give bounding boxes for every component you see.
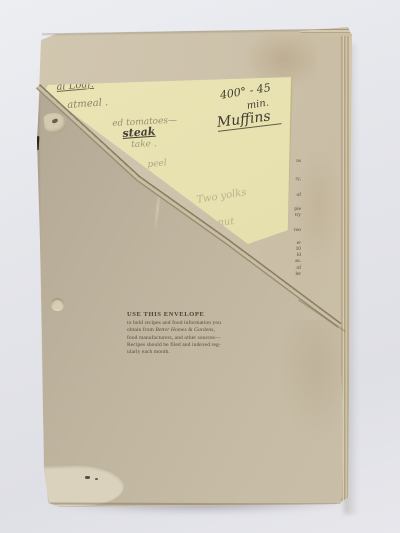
text-fragment: ry, [296,176,302,182]
body-line-4: Recipes should be filed and indexed reg- [127,342,221,348]
tear-speck [85,476,90,479]
envelope-printed-text: USE THIS ENVELOPE to hold recipes and fo… [127,311,257,356]
binding-mark [32,228,39,260]
body-line-3: food manufacturers, and other sources— [127,335,220,341]
punch-hole [51,298,64,311]
envelope-left-edge-shading [37,95,41,495]
handwriting-muffins: Muffins [216,107,282,132]
text-fragment: ler [295,271,301,277]
text-fragment: of [297,192,302,198]
photograph: ns ry, of pie try too er 10 ld as. of le… [0,0,400,533]
envelope-stain [278,320,342,440]
binding-mark [33,186,38,199]
binding-mark [34,136,40,150]
envelope-body-text: to hold recipes and food information you… [127,320,257,356]
text-fragment: too [294,227,301,233]
tear-speck [95,478,98,480]
brand-name-italic: Better Homes & Gardens, [155,327,215,333]
body-line-1: to hold recipes and food information you [127,320,221,326]
handwriting-stake: take . [131,139,157,150]
envelope-heading: USE THIS ENVELOPE [127,311,257,318]
handwriting-faint-1: Two yolks [196,187,247,206]
handwriting-oatmeal: atmeal . [67,97,109,111]
body-line-5: ularly each month. [127,349,170,355]
text-fragment: as. [295,258,301,264]
text-fragment: ns [296,158,301,164]
body-line-2-prefix: obtain from [127,327,155,333]
bottom-left-tear [35,462,124,507]
handwriting-steak: steak [122,125,156,140]
text-fragment: try [295,212,301,218]
handwriting-peel: peel [147,158,167,170]
